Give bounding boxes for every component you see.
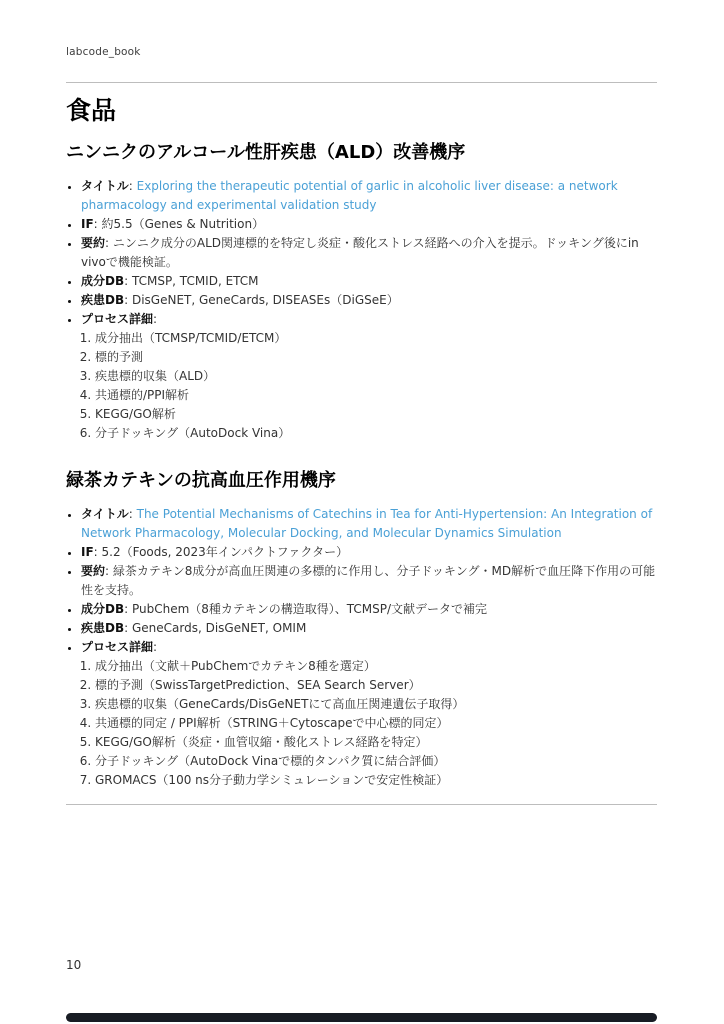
label-separator: :: [124, 293, 132, 307]
item-label: プロセス詳細: [81, 312, 153, 326]
page-title: 食品: [66, 97, 657, 125]
item-label: タイトル: [81, 507, 129, 521]
item-label: タイトル: [81, 179, 129, 193]
label-separator: :: [124, 602, 132, 616]
property-list: タイトル: The Potential Mechanisms of Catech…: [66, 505, 657, 790]
label-separator: :: [153, 640, 161, 654]
label-separator: :: [105, 564, 113, 578]
list-item-disease-db: 疾患DB: DisGeNET, GeneCards, DISEASEs（DiGS…: [81, 291, 657, 310]
label-separator: :: [129, 179, 137, 193]
list-item-process: プロセス詳細: 成分抽出（TCMSP/TCMID/ETCM） 標的予測 疾患標的…: [81, 310, 657, 443]
item-label: 要約: [81, 236, 105, 250]
item-label: 成分DB: [81, 274, 124, 288]
bottom-dark-bar: [66, 1013, 657, 1022]
list-item-compound-db: 成分DB: PubChem（8種カテキンの構造取得）、TCMSP/文献データで補…: [81, 600, 657, 619]
list-item-process: プロセス詳細: 成分抽出（文献＋PubChemでカテキン8種を選定） 標的予測（…: [81, 638, 657, 790]
item-label: 要約: [81, 564, 105, 578]
process-step: 分子ドッキング（AutoDock Vinaで標的タンパク質に結合評価）: [95, 752, 657, 771]
label-separator: :: [94, 217, 102, 231]
process-step: GROMACS（100 ns分子動力学シミュレーションで安定性検証）: [95, 771, 657, 790]
process-steps: 成分抽出（文献＋PubChemでカテキン8種を選定） 標的予測（SwissTar…: [81, 657, 657, 790]
item-label: 疾患DB: [81, 293, 124, 307]
item-value: ニンニク成分のALD関連標的を特定し炎症・酸化ストレス経路への介入を提示。ドッキ…: [81, 236, 639, 269]
item-value: DisGeNET, GeneCards, DISEASEs（DiGSeE）: [132, 293, 399, 307]
process-step: 標的予測: [95, 348, 657, 367]
process-step: KEGG/GO解析: [95, 405, 657, 424]
process-steps: 成分抽出（TCMSP/TCMID/ETCM） 標的予測 疾患標的収集（ALD） …: [81, 329, 657, 443]
item-label: プロセス詳細: [81, 640, 153, 654]
process-step: 共通標的/PPI解析: [95, 386, 657, 405]
label-separator: :: [105, 236, 113, 250]
item-value: TCMSP, TCMID, ETCM: [132, 274, 259, 288]
item-value: 5.2（Foods, 2023年インパクトファクター）: [102, 545, 349, 559]
label-separator: :: [129, 507, 137, 521]
item-label: 疾患DB: [81, 621, 124, 635]
list-item-title: タイトル: Exploring the therapeutic potentia…: [81, 177, 657, 215]
process-step: 成分抽出（TCMSP/TCMID/ETCM）: [95, 329, 657, 348]
item-label: IF: [81, 545, 94, 559]
list-item-if: IF: 約5.5（Genes & Nutrition）: [81, 215, 657, 234]
list-item-if: IF: 5.2（Foods, 2023年インパクトファクター）: [81, 543, 657, 562]
item-value: GeneCards, DisGeNET, OMIM: [132, 621, 306, 635]
process-step: 標的予測（SwissTargetPrediction、SEA Search Se…: [95, 676, 657, 695]
list-item-summary: 要約: 緑茶カテキン8成分が高血圧関連の多標的に作用し、分子ドッキング・MD解析…: [81, 562, 657, 600]
process-step: 疾患標的収集（GeneCards/DisGeNETにて高血圧関連遺伝子取得）: [95, 695, 657, 714]
label-separator: :: [153, 312, 161, 326]
bottom-divider: [66, 804, 657, 805]
section-heading-catechin-hypertension: 緑茶カテキンの抗高血圧作用機序: [66, 470, 657, 492]
label-separator: :: [124, 274, 132, 288]
label-separator: :: [124, 621, 132, 635]
page-number: 10: [66, 958, 81, 972]
item-value: 約5.5（Genes & Nutrition）: [102, 217, 265, 231]
process-step: 分子ドッキング（AutoDock Vina）: [95, 424, 657, 443]
top-divider: [66, 82, 657, 83]
process-step: 成分抽出（文献＋PubChemでカテキン8種を選定）: [95, 657, 657, 676]
process-step: KEGG/GO解析（炎症・血管収縮・酸化ストレス経路を特定）: [95, 733, 657, 752]
paper-title-link[interactable]: Exploring the therapeutic potential of g…: [81, 179, 618, 212]
process-step: 疾患標的収集（ALD）: [95, 367, 657, 386]
item-label: IF: [81, 217, 94, 231]
list-item-summary: 要約: ニンニク成分のALD関連標的を特定し炎症・酸化ストレス経路への介入を提示…: [81, 234, 657, 272]
list-item-title: タイトル: The Potential Mechanisms of Catech…: [81, 505, 657, 543]
paper-title-link[interactable]: The Potential Mechanisms of Catechins in…: [81, 507, 652, 540]
list-item-compound-db: 成分DB: TCMSP, TCMID, ETCM: [81, 272, 657, 291]
book-name: labcode_book: [66, 0, 657, 58]
list-item-disease-db: 疾患DB: GeneCards, DisGeNET, OMIM: [81, 619, 657, 638]
item-value: 緑茶カテキン8成分が高血圧関連の多標的に作用し、分子ドッキング・MD解析で血圧降…: [81, 564, 655, 597]
process-step: 共通標的同定 / PPI解析（STRING＋Cytoscapeで中心標的同定）: [95, 714, 657, 733]
label-separator: :: [94, 545, 102, 559]
document-page: labcode_book 食品 ニンニクのアルコール性肝疾患（ALD）改善機序 …: [66, 0, 657, 805]
item-value: PubChem（8種カテキンの構造取得）、TCMSP/文献データで補完: [132, 602, 487, 616]
property-list: タイトル: Exploring the therapeutic potentia…: [66, 177, 657, 443]
item-label: 成分DB: [81, 602, 124, 616]
section-heading-garlic-ald: ニンニクのアルコール性肝疾患（ALD）改善機序: [66, 142, 657, 164]
